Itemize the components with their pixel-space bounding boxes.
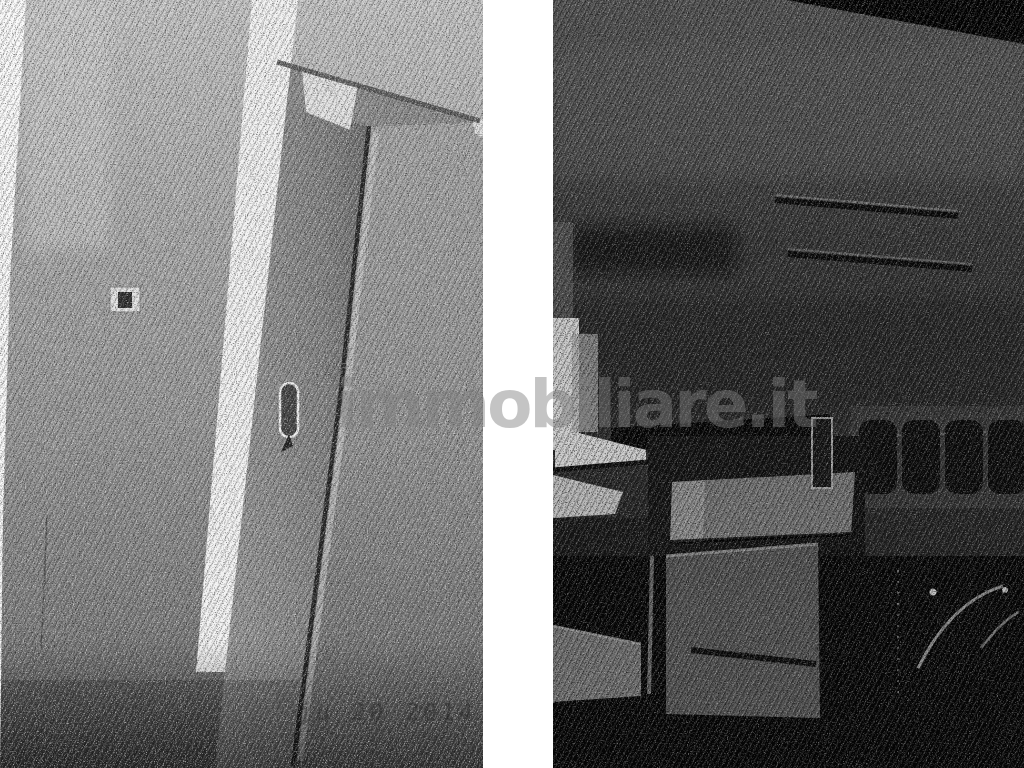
right-photo — [553, 0, 1024, 768]
photo-collage: immobiliare.it ju 20 2014 — [0, 0, 1024, 768]
left-photo — [0, 0, 483, 768]
photo-gap — [483, 0, 553, 768]
grain-overlay-black — [0, 0, 483, 768]
grain-overlay-black — [553, 0, 1024, 768]
